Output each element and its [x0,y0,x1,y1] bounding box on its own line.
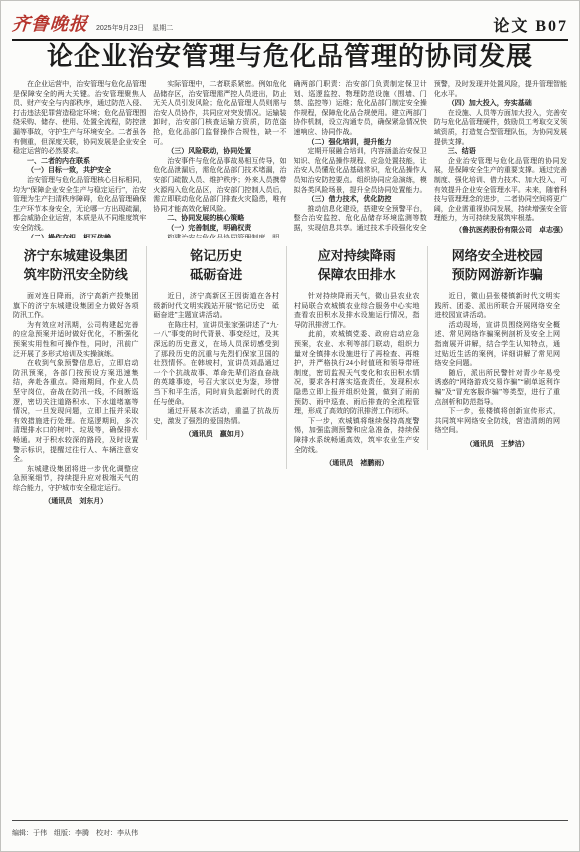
sub-article-title-line2: 砥砺奋进 [154,265,280,284]
sub-article-title-line1: 济宁东城建设集团 [13,246,139,265]
sub-article: 应对持续降雨 保障农田排水 针对持续降雨天气，微山县农业农村局联合欢城镇农业综合… [286,246,427,469]
article-paragraph: （一）目标一致，共护安全 [13,166,146,176]
article-paragraph: 治安管理与危化品管理核心目标相同，均为“保障企业安全生产与稳定运行”，治安管理为… [13,176,146,234]
article-paragraph: 预警，及时发现并处置风险，提升管理智能化水平。 [434,80,567,99]
article-column: 实际管理中，二者联系紧密。例如危化品储存区，治安管理需严控人员进出，防止无关人员… [153,80,286,238]
masthead-weekday: 星期二 [152,23,173,33]
newspaper-page: 齐鲁晚报 2025年9月23日 星期二 论文B07 论企业治安管理与危化品管理的… [0,0,580,852]
masthead-date: 2025年9月23日 [96,23,144,33]
article-paragraph: 企业治安管理与危化品管理的协同发展，是保障安全生产的重要支撑。通过完善制度、强化… [434,157,567,224]
article-paragraph: （三）风险联动，协同处置 [153,147,286,157]
article-paragraph: 二、协同发展的核心策略 [153,214,286,224]
sub-article-title: 铭记历史 砥砺奋进 [154,246,280,284]
sub-article-paragraph: 东城建设集团将进一步优化调整应急预案细节，持续提升应对极端天气的综合能力，守护城… [13,465,139,494]
sub-article-byline: （通讯员 刘东月） [13,497,139,507]
page-number: B07 [535,18,568,35]
article-paragraph: （一）完善制度，明确权责 [153,224,286,234]
sub-article: 济宁东城建设集团 筑牢防汛安全防线 面对连日降雨，济宁高新产投集团旗下的济宁东城… [13,246,146,507]
article-paragraph: （二）操作交织，相互依赖 [13,234,146,239]
sub-article-paragraph: 通过开展本次活动，重温了抗战历史，激发了强烈的爱国热情。 [154,407,280,426]
article-column: 预警，及时发现并处置风险，提升管理智能化水平。 （四）加大投入，夯实基础 在设施… [434,80,567,238]
sub-article: 铭记历史 砥砺奋进 近日，济宁高新区王因街道在各村级新时代文明实践站开展“铭记历… [146,246,287,440]
sub-article-paragraph: 针对持续降雨天气，微山县农业农村局联合欢城镇农业综合服务中心实地查看农田积水及排… [294,292,420,330]
article-paragraph: 定期开展融合培训，内容涵盖治安保卫知识、危化品操作规程、应急处置技能，让治安人员… [294,147,427,195]
newspaper-logo: 齐鲁晚报 [11,10,89,36]
sub-article-paragraph: 下一步，张楼镇将创新宣传形式，共同筑牢网络安全防线，营造清朗的网络空间。 [435,407,561,436]
sub-article-paragraph: 随后，派出所民警针对青少年易受诱惑的“网络游戏交易诈骗”“刷单返利诈骗”及“冒充… [435,369,561,407]
article-paragraph: 在企业运营中，治安管理与危化品管理是保障安全的两大关键。治安管理聚焦人员、财产安… [13,80,146,157]
sub-article-paragraph: 在收到气象预警信息后，立即启动防汛预案，各部门按预设方案迅速集结，奔赴各重点。降… [13,359,139,465]
sub-article-title-line1: 铭记历史 [154,246,280,265]
article-paragraph: 三、结语 [434,147,567,157]
sub-article-paragraph: 在陈庄村，宣讲员张家强讲述了“九·一八”事变的时代背景、事变经过，及其深远的历史… [154,321,280,407]
article-paragraph: 确两部门职责：治安部门负责制定保卫计划、巡逻监控、物理防范设施（围墙、门禁、监控… [294,80,427,138]
sub-article-paragraph: 为有效应对汛期，公司构建起完善的应急预案并适时做好优化，不断强化预案实用性和可操… [13,321,139,359]
sub-articles: 济宁东城建设集团 筑牢防汛安全防线 面对连日降雨，济宁高新产投集团旗下的济宁东城… [13,246,567,507]
article-paragraph: 一、二者的内在联系 [13,157,146,167]
masthead-right: 论文B07 [493,13,568,36]
article-paragraph: 推动信息化建设，搭建安全预警平台，整合治安监控、危化品储存环境监测等数据，实现信… [294,205,427,234]
sub-article-title: 网络安全进校园 预防网游新诈骗 [435,246,561,284]
sub-article-byline: （通讯员 褚鹏雨） [294,459,420,469]
footer-credits: 编辑：于伟 组版：李腾 校对：李从伟 [12,830,138,837]
masthead-left: 齐鲁晚报 2025年9月23日 星期二 [12,10,173,36]
main-article: 在企业运营中，治安管理与危化品管理是保障安全的两大关键。治安管理聚焦人员、财产安… [13,80,567,238]
sub-article-paragraph: 活动现场，宣讲员围绕网络安全概述、常见网络诈骗案例剖析及安全上网指南展开讲解，结… [435,321,561,369]
article-column: 确两部门职责：治安部门负责制定保卫计划、巡逻监控、物理防范设施（围墙、门禁、监控… [294,80,427,238]
section-label: 论文 [493,18,529,35]
sub-article-title: 济宁东城建设集团 筑牢防汛安全防线 [13,246,139,284]
main-headline: 论企业治安管理与危化品管理的协同发展 [0,42,580,72]
sub-article-paragraph: 近日，微山县张楼镇新时代文明实践所、团委、派出所联合开展网络安全进校园宣讲活动。 [435,292,561,321]
sub-article-title-line1: 应对持续降雨 [294,246,420,265]
sub-article-byline: （通讯员 嬴如月） [154,430,280,440]
sub-article-byline: （通讯员 王梦洁） [435,440,561,450]
article-paragraph: 在设施、人员等方面加大投入，完善安防与危化品管理硬件，鼓励员工考取交叉领域资质，… [434,109,567,147]
sub-article-title: 应对持续降雨 保障农田排水 [294,246,420,284]
sub-article-paragraph: 面对连日降雨，济宁高新产投集团旗下的济宁东城建设集团全力做好各项防汛工作。 [13,292,139,321]
article-paragraph: 治安事件与危化品事故易相互传导，如危化品泄漏后，需危化品部门技术堵漏，治安部门疏… [153,157,286,215]
article-column: 在企业运营中，治安管理与危化品管理是保障安全的两大关键。治安管理聚焦人员、财产安… [13,80,146,238]
masthead: 齐鲁晚报 2025年9月23日 星期二 论文B07 [12,10,568,41]
article-paragraph: 实际管理中，二者联系紧密。例如危化品储存区，治安管理需严控人员进出，防止无关人员… [153,80,286,147]
article-paragraph: （鲁抗医药股份有限公司 卓志强） [434,226,567,236]
sub-article: 网络安全进校园 预防网游新诈骗 近日，微山县张楼镇新时代文明实践所、团委、派出所… [427,246,568,450]
sub-article-title-line1: 网络安全进校园 [435,246,561,265]
footer: 编辑：于伟 组版：李腾 校对：李从伟 [12,820,568,838]
sub-article-paragraph: 此前，欢城镇党委、政府启动应急预案，农业、水利等部门联动，组织力量对全镇排水设施… [294,330,420,416]
article-paragraph: （二）强化培训，提升能力 [294,138,427,148]
sub-article-title-line2: 预防网游新诈骗 [435,265,561,284]
sub-article-title-line2: 筑牢防汛安全防线 [13,265,139,284]
article-paragraph: （四）加大投入，夯实基础 [434,99,567,109]
article-paragraph: 构建治安与危化品协同管理制度，明 [153,234,286,239]
sub-article-title-line2: 保障农田排水 [294,265,420,284]
article-paragraph: （三）借力技术，优化防控 [294,195,427,205]
sub-article-paragraph: 近日，济宁高新区王因街道在各村级新时代文明实践站开展“铭记历史 砥砺奋进”主题宣… [154,292,280,321]
sub-article-paragraph: 下一步，欢城镇将继续保持高度警惕，加强监测预警和应急准备，持续保障排水系统畅通高… [294,417,420,455]
